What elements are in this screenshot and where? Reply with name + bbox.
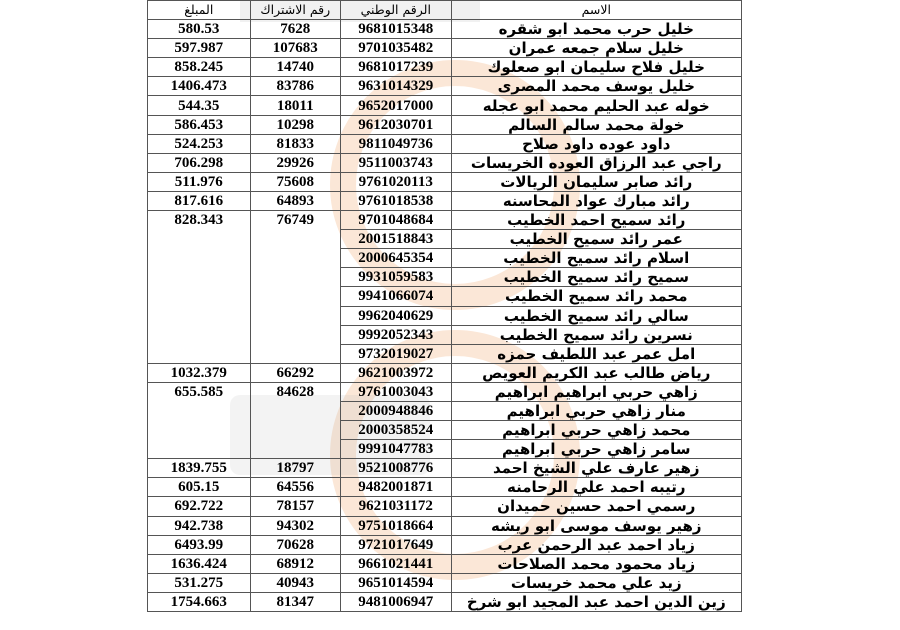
cell-name: راجي عبد الرزاق العوده الخريسات: [451, 153, 741, 172]
cell-subscription-number: 18797: [250, 459, 340, 478]
table-row: راجي عبد الرزاق العوده الخريسات951100374…: [148, 153, 742, 172]
cell-amount: 605.15: [148, 478, 251, 497]
cell-subscription-number: 10298: [250, 115, 340, 134]
cell-national-id: 9521008776: [341, 459, 452, 478]
cell-national-id: 9481006947: [341, 592, 452, 611]
cell-national-id: 9511003743: [341, 153, 452, 172]
cell-national-id: 9721017649: [341, 535, 452, 554]
table-row: زياد احمد عبد الرحمن عرب9721017649706286…: [148, 535, 742, 554]
cell-national-id: 9651014594: [341, 573, 452, 592]
cell-amount: 1636.424: [148, 554, 251, 573]
cell-name: خوله عبد الحليم محمد ابو عجله: [451, 96, 741, 115]
cell-national-id: 9811049736: [341, 134, 452, 153]
header-subscription-number: رقم الاشتراك: [250, 1, 340, 20]
cell-national-id: 9761003043: [341, 382, 452, 401]
cell-name: عمر رائد سميح الخطيب: [451, 230, 741, 249]
cell-national-id: 9652017000: [341, 96, 452, 115]
subscribers-table: الاسم الرقم الوطني رقم الاشتراك المبلغ خ…: [147, 0, 742, 612]
cell-name: رتيبه احمد علي الرحامنه: [451, 478, 741, 497]
table-row: داود عوده داود صلاح981104973681833524.25…: [148, 134, 742, 153]
table-row: خوله عبد الحليم محمد ابو عجله96520170001…: [148, 96, 742, 115]
cell-subscription-number: 75608: [250, 172, 340, 191]
table-row: رائد صابر سليمان الريالات976102011375608…: [148, 172, 742, 191]
table-row: رتيبه احمد علي الرحامنه94820018716455660…: [148, 478, 742, 497]
cell-subscription-number: 107683: [250, 39, 340, 58]
cell-name: سميح رائد سميح الخطيب: [451, 268, 741, 287]
cell-national-id: 9621031172: [341, 497, 452, 516]
cell-amount: 524.253: [148, 134, 251, 153]
cell-name: زاهي حربي ابراهيم ابراهيم: [451, 382, 741, 401]
cell-subscription-number: 94302: [250, 516, 340, 535]
cell-national-id: 9761020113: [341, 172, 452, 191]
cell-amount: 1839.755: [148, 459, 251, 478]
cell-subscription-number: 66292: [250, 363, 340, 382]
table-row: خليل فلاح سليمان ابو صعلوك96810172391474…: [148, 58, 742, 77]
cell-amount: 942.738: [148, 516, 251, 535]
cell-amount: 511.976: [148, 172, 251, 191]
header-amount: المبلغ: [148, 1, 251, 20]
cell-subscription-number: 14740: [250, 58, 340, 77]
table-row: رائد مبارك عواد المحاسنه9761018538648938…: [148, 191, 742, 210]
cell-name: سالي رائد سميح الخطيب: [451, 306, 741, 325]
cell-name: خليل حرب محمد ابو شقره: [451, 20, 741, 39]
cell-name: محمد رائد سميح الخطيب: [451, 287, 741, 306]
cell-amount: 586.453: [148, 115, 251, 134]
cell-subscription-number: 7628: [250, 20, 340, 39]
table-row: رياض طالب عبد الكريم العويص9621003972662…: [148, 363, 742, 382]
table-body: خليل حرب محمد ابو شقره96810153487628580.…: [148, 20, 742, 612]
cell-name: زيد علي محمد خريسات: [451, 573, 741, 592]
cell-amount: 706.298: [148, 153, 251, 172]
cell-national-id: 9681015348: [341, 20, 452, 39]
cell-amount: 1754.663: [148, 592, 251, 611]
cell-national-id: 9992052343: [341, 325, 452, 344]
cell-amount: 1032.379: [148, 363, 251, 382]
table-row: زين الدين احمد عبد المجيد ابو شرخ9481006…: [148, 592, 742, 611]
cell-national-id: 9962040629: [341, 306, 452, 325]
table-row: رائد سميح احمد الخطيب970104868476749828.…: [148, 211, 742, 230]
cell-name: زياد محمود محمد الصلاحات: [451, 554, 741, 573]
cell-name: رائد مبارك عواد المحاسنه: [451, 191, 741, 210]
cell-national-id: 9621003972: [341, 363, 452, 382]
table-row: رسمي احمد حسين حميدان962103117278157692.…: [148, 497, 742, 516]
cell-amount: 1406.473: [148, 77, 251, 96]
table-row: زهير عارف علي الشيخ احمد9521008776187971…: [148, 459, 742, 478]
table-row: زاهي حربي ابراهيم ابراهيم976100304384628…: [148, 382, 742, 401]
cell-amount: 597.987: [148, 39, 251, 58]
cell-name: زياد احمد عبد الرحمن عرب: [451, 535, 741, 554]
cell-amount: 580.53: [148, 20, 251, 39]
cell-name: اسلام رائد سميح الخطيب: [451, 249, 741, 268]
table-row: خليل يوسف محمد المصرى9631014329837861406…: [148, 77, 742, 96]
table-row: زياد محمود محمد الصلاحات9661021441689121…: [148, 554, 742, 573]
cell-subscription-number: 81347: [250, 592, 340, 611]
cell-subscription-number: 29926: [250, 153, 340, 172]
cell-subscription-number: 76749: [250, 211, 340, 364]
cell-national-id: 9941066074: [341, 287, 452, 306]
cell-national-id: 9661021441: [341, 554, 452, 573]
cell-name: محمد زاهي حربي ابراهيم: [451, 421, 741, 440]
cell-amount: 531.275: [148, 573, 251, 592]
cell-national-id: 2001518843: [341, 230, 452, 249]
cell-national-id: 9701048684: [341, 211, 452, 230]
cell-amount: 6493.99: [148, 535, 251, 554]
cell-national-id: 9931059583: [341, 268, 452, 287]
cell-national-id: 2000948846: [341, 401, 452, 420]
table-row: خليل سلام جمعه عمران9701035482107683597.…: [148, 39, 742, 58]
cell-name: زهير يوسف موسى ابو ريشه: [451, 516, 741, 535]
cell-name: سامر زاهي حربي ابراهيم: [451, 440, 741, 459]
header-name: الاسم: [451, 1, 741, 20]
cell-subscription-number: 68912: [250, 554, 340, 573]
cell-amount: 858.245: [148, 58, 251, 77]
cell-amount: 828.343: [148, 211, 251, 364]
cell-subscription-number: 40943: [250, 573, 340, 592]
table-header-row: الاسم الرقم الوطني رقم الاشتراك المبلغ: [148, 1, 742, 20]
cell-national-id: 9732019027: [341, 344, 452, 363]
cell-subscription-number: 18011: [250, 96, 340, 115]
cell-subscription-number: 70628: [250, 535, 340, 554]
cell-name: رائد سميح احمد الخطيب: [451, 211, 741, 230]
cell-national-id: 9751018664: [341, 516, 452, 535]
cell-national-id: 2000358524: [341, 421, 452, 440]
cell-name: منار زاهي حربي ابراهيم: [451, 401, 741, 420]
cell-name: خولة محمد سالم السالم: [451, 115, 741, 134]
cell-subscription-number: 84628: [250, 382, 340, 458]
cell-name: زين الدين احمد عبد المجيد ابو شرخ: [451, 592, 741, 611]
cell-amount: 544.35: [148, 96, 251, 115]
cell-national-id: 9681017239: [341, 58, 452, 77]
cell-national-id: 2000645354: [341, 249, 452, 268]
table-row: خولة محمد سالم السالم961203070110298586.…: [148, 115, 742, 134]
cell-amount: 817.616: [148, 191, 251, 210]
cell-subscription-number: 81833: [250, 134, 340, 153]
cell-national-id: 9761018538: [341, 191, 452, 210]
cell-amount: 655.585: [148, 382, 251, 458]
cell-name: خليل فلاح سليمان ابو صعلوك: [451, 58, 741, 77]
cell-subscription-number: 78157: [250, 497, 340, 516]
cell-national-id: 9701035482: [341, 39, 452, 58]
cell-subscription-number: 64556: [250, 478, 340, 497]
cell-national-id: 9612030701: [341, 115, 452, 134]
table-row: زهير يوسف موسى ابو ريشه97510186649430294…: [148, 516, 742, 535]
cell-subscription-number: 64893: [250, 191, 340, 210]
cell-subscription-number: 83786: [250, 77, 340, 96]
cell-name: نسرين رائد سميح الخطيب: [451, 325, 741, 344]
cell-national-id: 9991047783: [341, 440, 452, 459]
cell-national-id: 9482001871: [341, 478, 452, 497]
header-national-id: الرقم الوطني: [341, 1, 452, 20]
cell-name: رائد صابر سليمان الريالات: [451, 172, 741, 191]
cell-name: داود عوده داود صلاح: [451, 134, 741, 153]
cell-name: امل عمر عبد اللطيف حمزه: [451, 344, 741, 363]
cell-name: رسمي احمد حسين حميدان: [451, 497, 741, 516]
cell-national-id: 9631014329: [341, 77, 452, 96]
table-row: زيد علي محمد خريسات965101459440943531.27…: [148, 573, 742, 592]
cell-amount: 692.722: [148, 497, 251, 516]
cell-name: خليل سلام جمعه عمران: [451, 39, 741, 58]
table-row: خليل حرب محمد ابو شقره96810153487628580.…: [148, 20, 742, 39]
cell-name: رياض طالب عبد الكريم العويص: [451, 363, 741, 382]
cell-name: خليل يوسف محمد المصرى: [451, 77, 741, 96]
cell-name: زهير عارف علي الشيخ احمد: [451, 459, 741, 478]
